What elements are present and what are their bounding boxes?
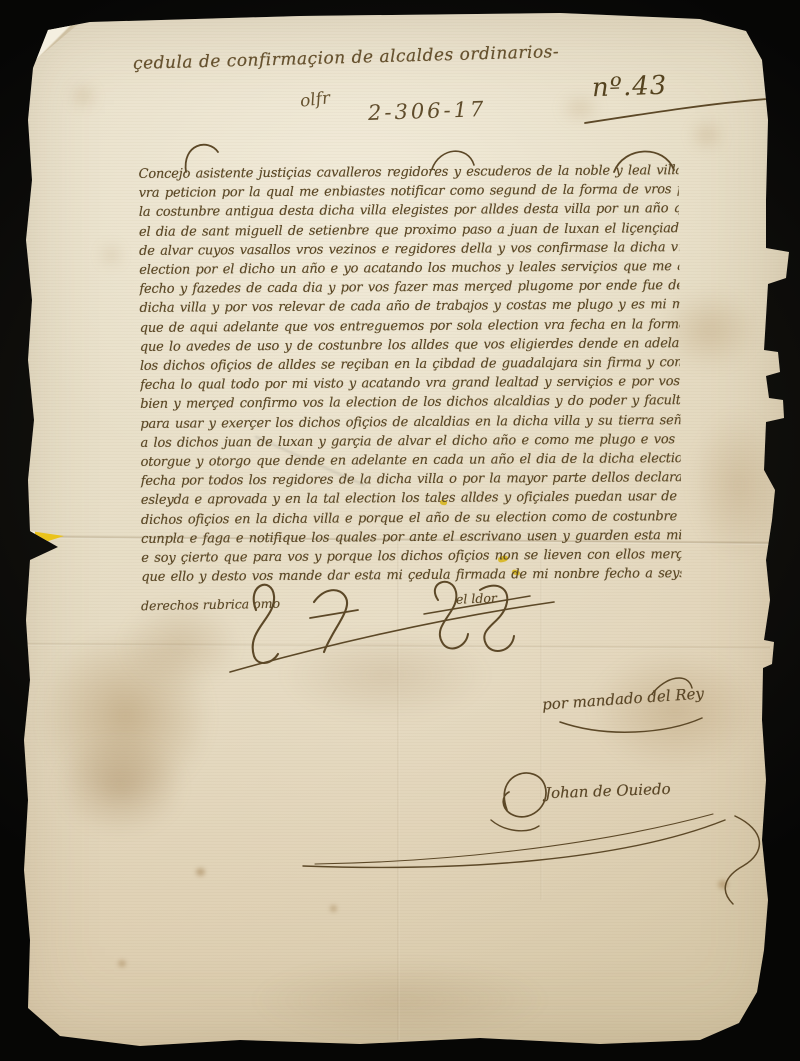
fox-spot: [100, 245, 122, 265]
fox-spot: [118, 960, 126, 967]
folio-underline-flourish: [583, 96, 773, 128]
by-order-flourish: [556, 716, 706, 742]
reference-number: 2-306-17: [368, 97, 487, 125]
archival-title-annotation: çedula de confirmaçion de alcaldes ordin…: [133, 42, 560, 74]
manuscript-page: çedula de confirmaçion de alcaldes ordin…: [0, 0, 800, 1061]
shelf-scribble: olfr: [299, 88, 331, 112]
water-stain: [590, 650, 760, 770]
manuscript-text-block: Concejo asistente justiçias cavalleros r…: [139, 161, 682, 587]
yellow-repair-patch: [30, 527, 64, 547]
water-stain: [55, 735, 185, 835]
royal-rubric-flourish: [228, 572, 558, 680]
secretary-signature-flourish: [295, 768, 765, 913]
photograph-of-manuscript: çedula de confirmaçion de alcaldes ordin…: [0, 0, 800, 1061]
water-stain: [690, 410, 785, 560]
water-stain: [250, 960, 550, 1040]
fox-spot: [70, 85, 96, 107]
folded-corner: [33, 22, 81, 62]
fox-spot: [196, 868, 205, 876]
